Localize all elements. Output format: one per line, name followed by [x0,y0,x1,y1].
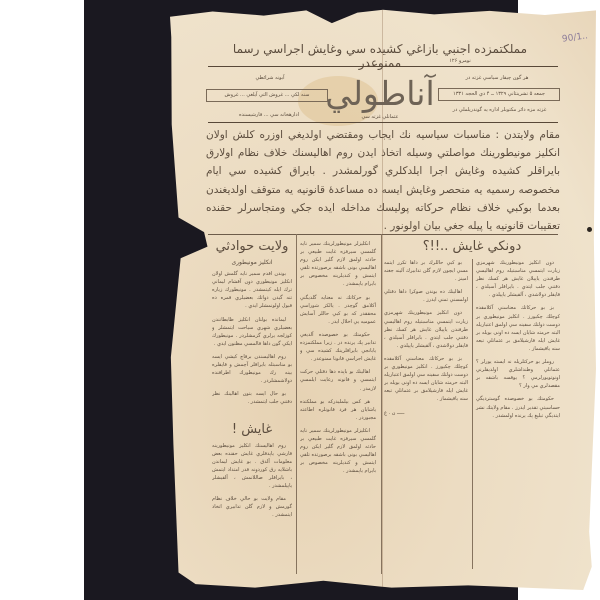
masthead-title: آناطولي [325,74,435,113]
masthead-top-rule [208,66,558,67]
catalog-mark: 90/1.. [561,31,588,45]
paragraph: انكليزلر مونيطورلرينك سمير نايه گلمسي سي… [300,427,376,476]
paragraph: اهالينك ده بوندن صوكرا داها دقتلي اولمسن… [384,288,468,304]
paragraph: بز بو حركاتك معناسني آكلامقده كوچلك چكيو… [476,304,560,353]
column-vilayet-havadisi: ولايت حوادثي انكليز مونيطورى بوندن اقدم … [212,238,292,578]
correspondence-note: غزته مزه دائر مكتوبلر اداره يه گوندريلمل… [442,107,557,113]
paragraph: دون انكليز مونيطورينك شهرمزي زيارت ايتمس… [384,309,468,349]
scan-background: 90/1.. مملكتمزده اجنبي بازاغي كشيده سي و… [84,0,518,600]
article-body: دون انكليز مونيطورينك شهرمزي زيارت ايتمس… [384,259,560,569]
newspaper-page: 90/1.. مملكتمزده اجنبي بازاغي كشيده سي و… [170,8,596,590]
paragraph: حكومتك بو خصوصده گوستردیگي حساسيتي تقدير… [476,395,560,419]
publication-label: هر گون چیقار سیاسي غزته در [452,75,542,81]
paragraph: هر كس بيلمليدركه بو مملكتده ياشايان هر ف… [300,398,376,422]
masthead-subtitle: عثمانلي غزته سي [340,114,420,120]
issue-number: نومرو ۱۲۶ [420,58,500,64]
subscription-box: سنه لكي ... غروش التي آيلغي ... غروش [206,89,328,102]
paragraph: بو حال ايسه بتون اهالينك نظر دقتني جلب ا… [212,390,292,406]
paragraph: بز بو حركاتك معناسني آكلامقده كوچلك چكيو… [384,355,468,404]
column-divider [381,234,382,574]
article-signature: ـــــ ن . ع [384,409,468,417]
issue-date: جمعه ۵ تشرینثاني ۱۳۲۹ ــ ۴ ذي الحجه ۱۳۳۱ [453,91,545,97]
columns-top-rule [208,234,558,235]
paragraph: مقام ولايت بو حالي خلاف نظام گورمش و لاز… [212,495,292,519]
paragraph: حكومتك بو خصوصده آلديغي تدابير پك يرنده … [300,331,376,363]
paragraph: روملر بو حركتلريله نه ايسته يورلر ؟ عثما… [476,358,560,390]
paragraph: انكليزلر مونيطورلرينك سمير نايه گلمسي سي… [300,240,376,289]
column-divider [296,234,297,574]
office-note: ادارهخانه سي ... قارشيسنده [214,112,324,118]
paragraph: دون انكليز مونيطورينك شهرمزي زيارت ايتمس… [476,259,560,299]
article-subheading: انكليز مونيطورى [212,259,292,267]
lede-announcement: مقام ولايتدن : مناسبات سياسيه نك ايجاب و… [206,126,560,235]
paragraph: بو حركاتك نه معنايه گلديگني آكلامق گوچدر… [300,294,376,326]
paragraph: ليمانده بولنان انكليز ظابطانندن بعضيلري … [212,316,292,348]
paragraph: روم اهاليسنك انكليز مونيطورينه قارشي ياپ… [212,442,292,491]
article-heading: ولايت حوادثي [212,238,292,256]
paragraph: اهالينك بو باپده دها دقتلي حركت ايتمسي و… [300,368,376,392]
column-middle-article: انكليزلر مونيطورلرينك سمير نايه گلمسي سي… [300,240,376,578]
masthead-bottom-rule [208,122,558,123]
subscription-text: سنه لكي ... غروش التي آيلغي ... غروش [225,92,310,98]
paragraph: بو كبي حاللرك بر داها تكرر ايتمه مسي ايچ… [384,259,468,283]
column-dunki-ghayish: دونكي غايش ..!!؟ دون انكليز مونيطورينك ش… [384,238,560,578]
subscription-label: آبونه شرائطي [230,75,310,81]
paragraph: بوندن اقدم سمير نايه گلمش اولان انكليز م… [212,270,292,310]
article-heading: غايش ! [212,421,292,439]
ink-spot [587,227,592,232]
article-heading: دونكي غايش ..!!؟ [384,238,560,256]
paragraph: روم اهاليسندن برقاچ كيشي ايسه بو مناسبتل… [212,353,292,385]
date-box: جمعه ۵ تشرینثاني ۱۳۲۹ ــ ۴ ذي الحجه ۱۳۳۱ [438,88,560,101]
